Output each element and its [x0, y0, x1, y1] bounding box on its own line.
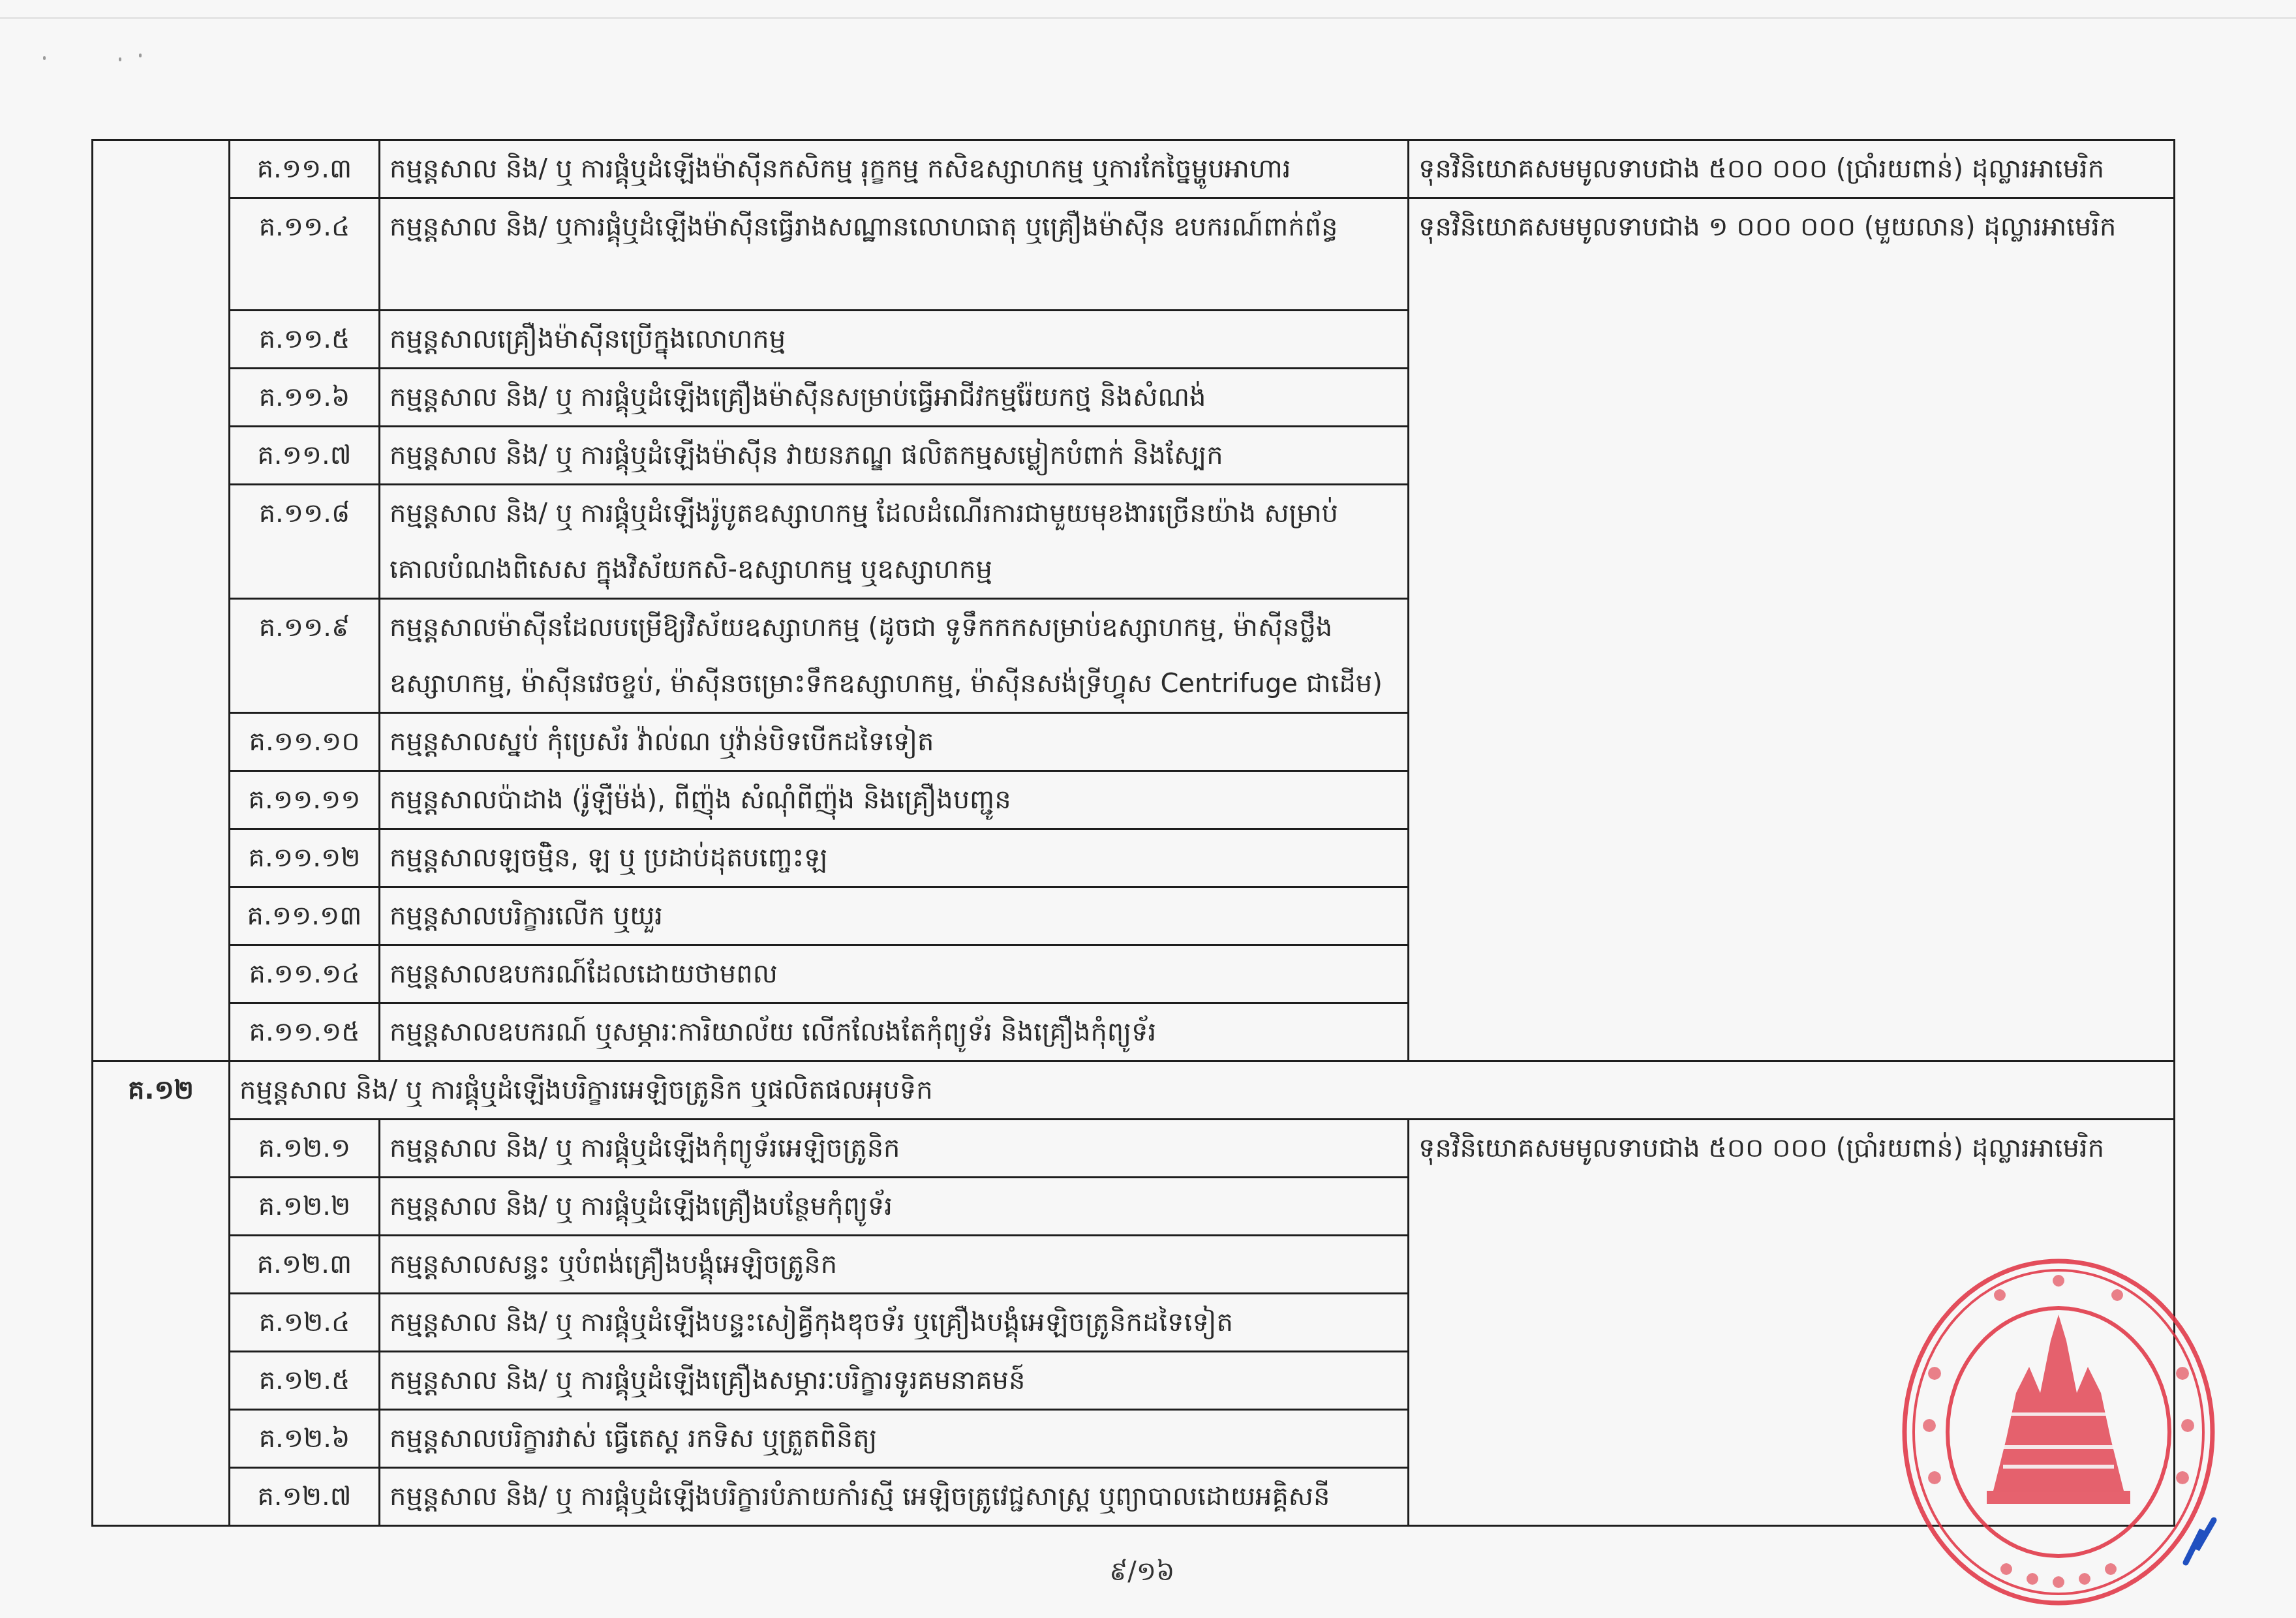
- item-code: គ.១២.៦: [230, 1410, 380, 1468]
- group-title: កម្មន្តសាល និង/ ឬ ការផ្គុំឬដំឡើងបរិក្ខារ…: [230, 1061, 2175, 1120]
- item-code: គ.១១.១៣: [230, 887, 380, 945]
- item-description: កម្មន្តសាលម៉ាស៊ីនដែលបម្រើឱ្យវិស័យឧស្សាហក…: [380, 599, 1409, 713]
- item-description: កម្មន្តសាលប៉ាដាង (រ៉ូឡឺម៉ង់), ពីញ៉ុង សំណ…: [380, 771, 1409, 829]
- item-description: កម្មន្តសាល និង/ ឬ ការផ្គុំឬដំឡើងម៉ាស៊ីន …: [380, 427, 1409, 485]
- item-description: កម្មន្តសាលឡចម៉្មិន, ឡ ឬ ប្រដាប់ដុតបញ្ចេះ…: [380, 829, 1409, 887]
- investment-threshold: ទុនវិនិយោគសមមូលទាបជាង ១ ០០០ ០០០ (មួយលាន)…: [1409, 198, 2175, 1061]
- item-description: កម្មន្តសាលស្នប់ កុំប្រេស័រ វ៉ាល់ណ ឬវ៉ាន់…: [380, 713, 1409, 771]
- item-code: គ.១១.១៤: [230, 945, 380, 1003]
- item-code: គ.១២.៥: [230, 1352, 380, 1410]
- scan-speck: [43, 56, 46, 60]
- item-code: គ.១១.១២: [230, 829, 380, 887]
- item-code: គ.១២.៣: [230, 1236, 380, 1294]
- item-description: កម្មន្តសាលបរិក្ខារលើក ឬយួរ: [380, 887, 1409, 945]
- item-code: គ.១១.១១: [230, 771, 380, 829]
- item-description: កម្មន្តសាល និង/ ឬ ការផ្គុំឬដំឡើងគ្រឿងសម្…: [380, 1352, 1409, 1410]
- item-description: កម្មន្តសាលឧបករណ៍ ឬសម្ភារៈការិយាល័យ លើកលែ…: [380, 1003, 1409, 1061]
- scan-edge-line: [0, 17, 2296, 19]
- item-code: គ.១២.១: [230, 1120, 380, 1178]
- item-code: គ.១១.៥: [230, 311, 380, 369]
- group-code-cell-empty: [93, 140, 230, 1061]
- item-code: គ.១១.៩: [230, 599, 380, 713]
- table-row: គ.១១.៤ កម្មន្តសាល និង/ ឬការផ្គុំឬដំឡើងម៉…: [93, 198, 2175, 311]
- item-description: កម្មន្តសាល និង/ ឬ ការផ្គុំឬដំឡើងម៉ាស៊ីនក…: [380, 140, 1409, 198]
- item-code: គ.១១.១០: [230, 713, 380, 771]
- item-code: គ.១១.៤: [230, 198, 380, 311]
- investment-threshold-table: គ.១១.៣ កម្មន្តសាល និង/ ឬ ការផ្គុំឬដំឡើងម…: [91, 139, 2175, 1527]
- item-code: គ.១១.៣: [230, 140, 380, 198]
- item-description: កម្មន្តសាលសន្ទះ ឬបំពង់គ្រឿងបង្គុំអេឡិចត្…: [380, 1236, 1409, 1294]
- item-code: គ.១១.៧: [230, 427, 380, 485]
- item-description: កម្មន្តសាល និង/ ឬ ការផ្គុំឬដំឡើងគ្រឿងបន្…: [380, 1178, 1409, 1236]
- investment-threshold: ទុនវិនិយោគសមមូលទាបជាង ៥០០ ០០០ (ប្រាំរយពា…: [1409, 140, 2175, 198]
- item-code: គ.១២.៤: [230, 1294, 380, 1352]
- item-description: កម្មន្តសាល និង/ ឬ ការផ្គុំឬដំឡើងរ៉ូបូតឧស…: [380, 485, 1409, 599]
- item-description: កម្មន្តសាល និង/ ឬ ការផ្គុំឬដំឡើងបន្ទះសៀគ…: [380, 1294, 1409, 1352]
- item-description: កម្មន្តសាល និង/ ឬ ការផ្គុំឬដំឡើងគ្រឿងម៉ា…: [380, 369, 1409, 427]
- group-header-row: គ.១២ កម្មន្តសាល និង/ ឬ ការផ្គុំឬដំឡើងបរិ…: [93, 1061, 2175, 1120]
- table-row: គ.១១.៣ កម្មន្តសាល និង/ ឬ ការផ្គុំឬដំឡើងម…: [93, 140, 2175, 198]
- table-row: គ.១២.១ កម្មន្តសាល និង/ ឬ ការផ្គុំឬដំឡើងក…: [93, 1120, 2175, 1178]
- item-description: កម្មន្តសាល និង/ ឬការផ្គុំឬដំឡើងម៉ាស៊ីនធ្…: [380, 198, 1409, 311]
- item-description: កម្មន្តសាល និង/ ឬ ការផ្គុំឬដំឡើងកុំព្យូទ…: [380, 1120, 1409, 1178]
- item-code: គ.១២.២: [230, 1178, 380, 1236]
- official-seal-icon: [1895, 1243, 2235, 1608]
- scan-speck: [119, 57, 121, 61]
- scan-speck: [139, 53, 142, 57]
- item-code: គ.១១.៦: [230, 369, 380, 427]
- group-code: គ.១២: [93, 1061, 230, 1526]
- item-code: គ.១១.១៥: [230, 1003, 380, 1061]
- item-code: គ.១១.៨: [230, 485, 380, 599]
- item-description: កម្មន្តសាលគ្រឿងម៉ាស៊ីនប្រើក្នុងលោហកម្ម: [380, 311, 1409, 369]
- item-description: កម្មន្តសាលបរិក្ខារវាស់ ធ្វើតេស្ត រកទិស ឬ…: [380, 1410, 1409, 1468]
- item-code: គ.១២.៧: [230, 1468, 380, 1526]
- item-description: កម្មន្តសាលឧបករណ៍ដែលដោយថាមពល: [380, 945, 1409, 1003]
- signature-mark: [2186, 1520, 2214, 1563]
- page-number: ៩/១៦: [1109, 1555, 1174, 1593]
- item-description: កម្មន្តសាល និង/ ឬ ការផ្គុំឬដំឡើងបរិក្ខារ…: [380, 1468, 1409, 1526]
